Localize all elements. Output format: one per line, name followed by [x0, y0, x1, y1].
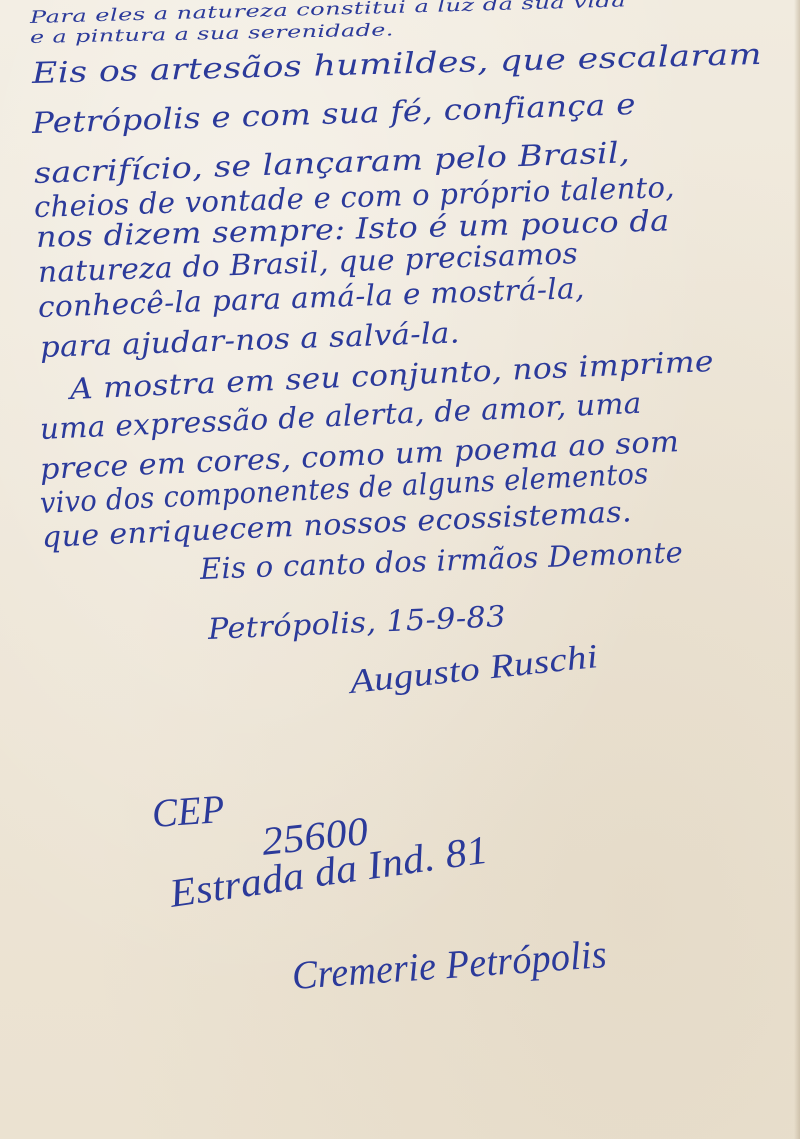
cep-label: CEP	[150, 785, 226, 837]
paper-edge	[794, 0, 800, 1139]
